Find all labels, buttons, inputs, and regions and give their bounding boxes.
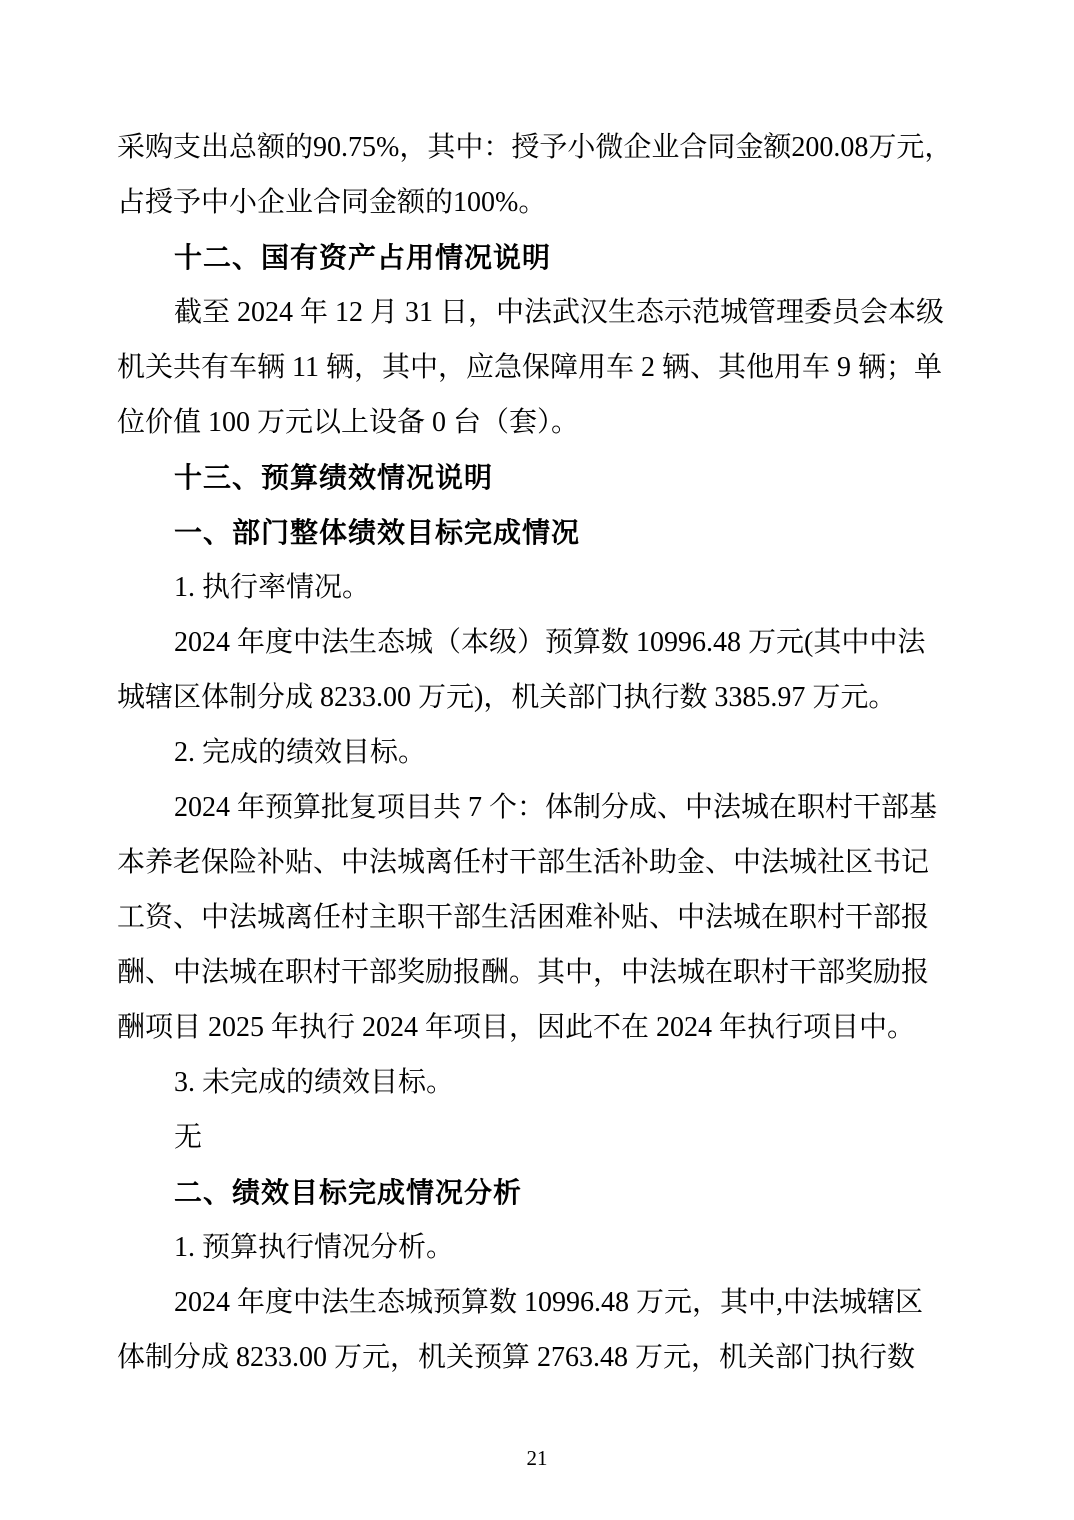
text-line: 截至 2024 年 12 月 31 日，中法武汉生态示范城管理委员会本级: [117, 285, 959, 340]
text-line: 城辖区体制分成 8233.00 万元)，机关部门执行数 3385.97 万元。: [117, 670, 959, 725]
text-line: 位价值 100 万元以上设备 0 台（套）。: [117, 395, 959, 450]
section-heading: 一、部门整体绩效目标完成情况: [117, 505, 959, 560]
text-line: 2024 年预算批复项目共 7 个：体制分成、中法城在职村干部基: [117, 780, 959, 835]
text-line: 2024 年度中法生态城预算数 10996.48 万元，其中,中法城辖区: [117, 1275, 959, 1330]
document-body: 采购支出总额的90.75%，其中：授予小微企业合同金额200.08万元，占授予中…: [117, 120, 959, 1385]
text-line: 机关共有车辆 11 辆，其中，应急保障用车 2 辆、其他用车 9 辆；单: [117, 340, 959, 395]
text-line: 无: [117, 1110, 959, 1165]
text-line: 酬、中法城在职村干部奖励报酬。其中，中法城在职村干部奖励报: [117, 945, 959, 1000]
section-heading: 十二、国有资产占用情况说明: [117, 230, 959, 285]
page-number: 21: [0, 1443, 1074, 1473]
text-line: 1. 执行率情况。: [117, 560, 959, 615]
section-heading: 二、绩效目标完成情况分析: [117, 1165, 959, 1220]
text-line: 3. 未完成的绩效目标。: [117, 1055, 959, 1110]
text-line: 工资、中法城离任村主职干部生活困难补贴、中法城在职村干部报: [117, 890, 959, 945]
text-line: 酬项目 2025 年执行 2024 年项目，因此不在 2024 年执行项目中。: [117, 1000, 959, 1055]
text-line: 占授予中小企业合同金额的100%。: [117, 175, 959, 230]
text-line: 采购支出总额的90.75%，其中：授予小微企业合同金额200.08万元，: [117, 120, 959, 175]
document-page: 采购支出总额的90.75%，其中：授予小微企业合同金额200.08万元，占授予中…: [0, 0, 1074, 1520]
text-line: 体制分成 8233.00 万元，机关预算 2763.48 万元，机关部门执行数: [117, 1330, 959, 1385]
text-line: 1. 预算执行情况分析。: [117, 1220, 959, 1275]
text-line: 2024 年度中法生态城（本级）预算数 10996.48 万元(其中中法: [117, 615, 959, 670]
text-line: 2. 完成的绩效目标。: [117, 725, 959, 780]
section-heading: 十三、预算绩效情况说明: [117, 450, 959, 505]
text-line: 本养老保险补贴、中法城离任村干部生活补助金、中法城社区书记: [117, 835, 959, 890]
